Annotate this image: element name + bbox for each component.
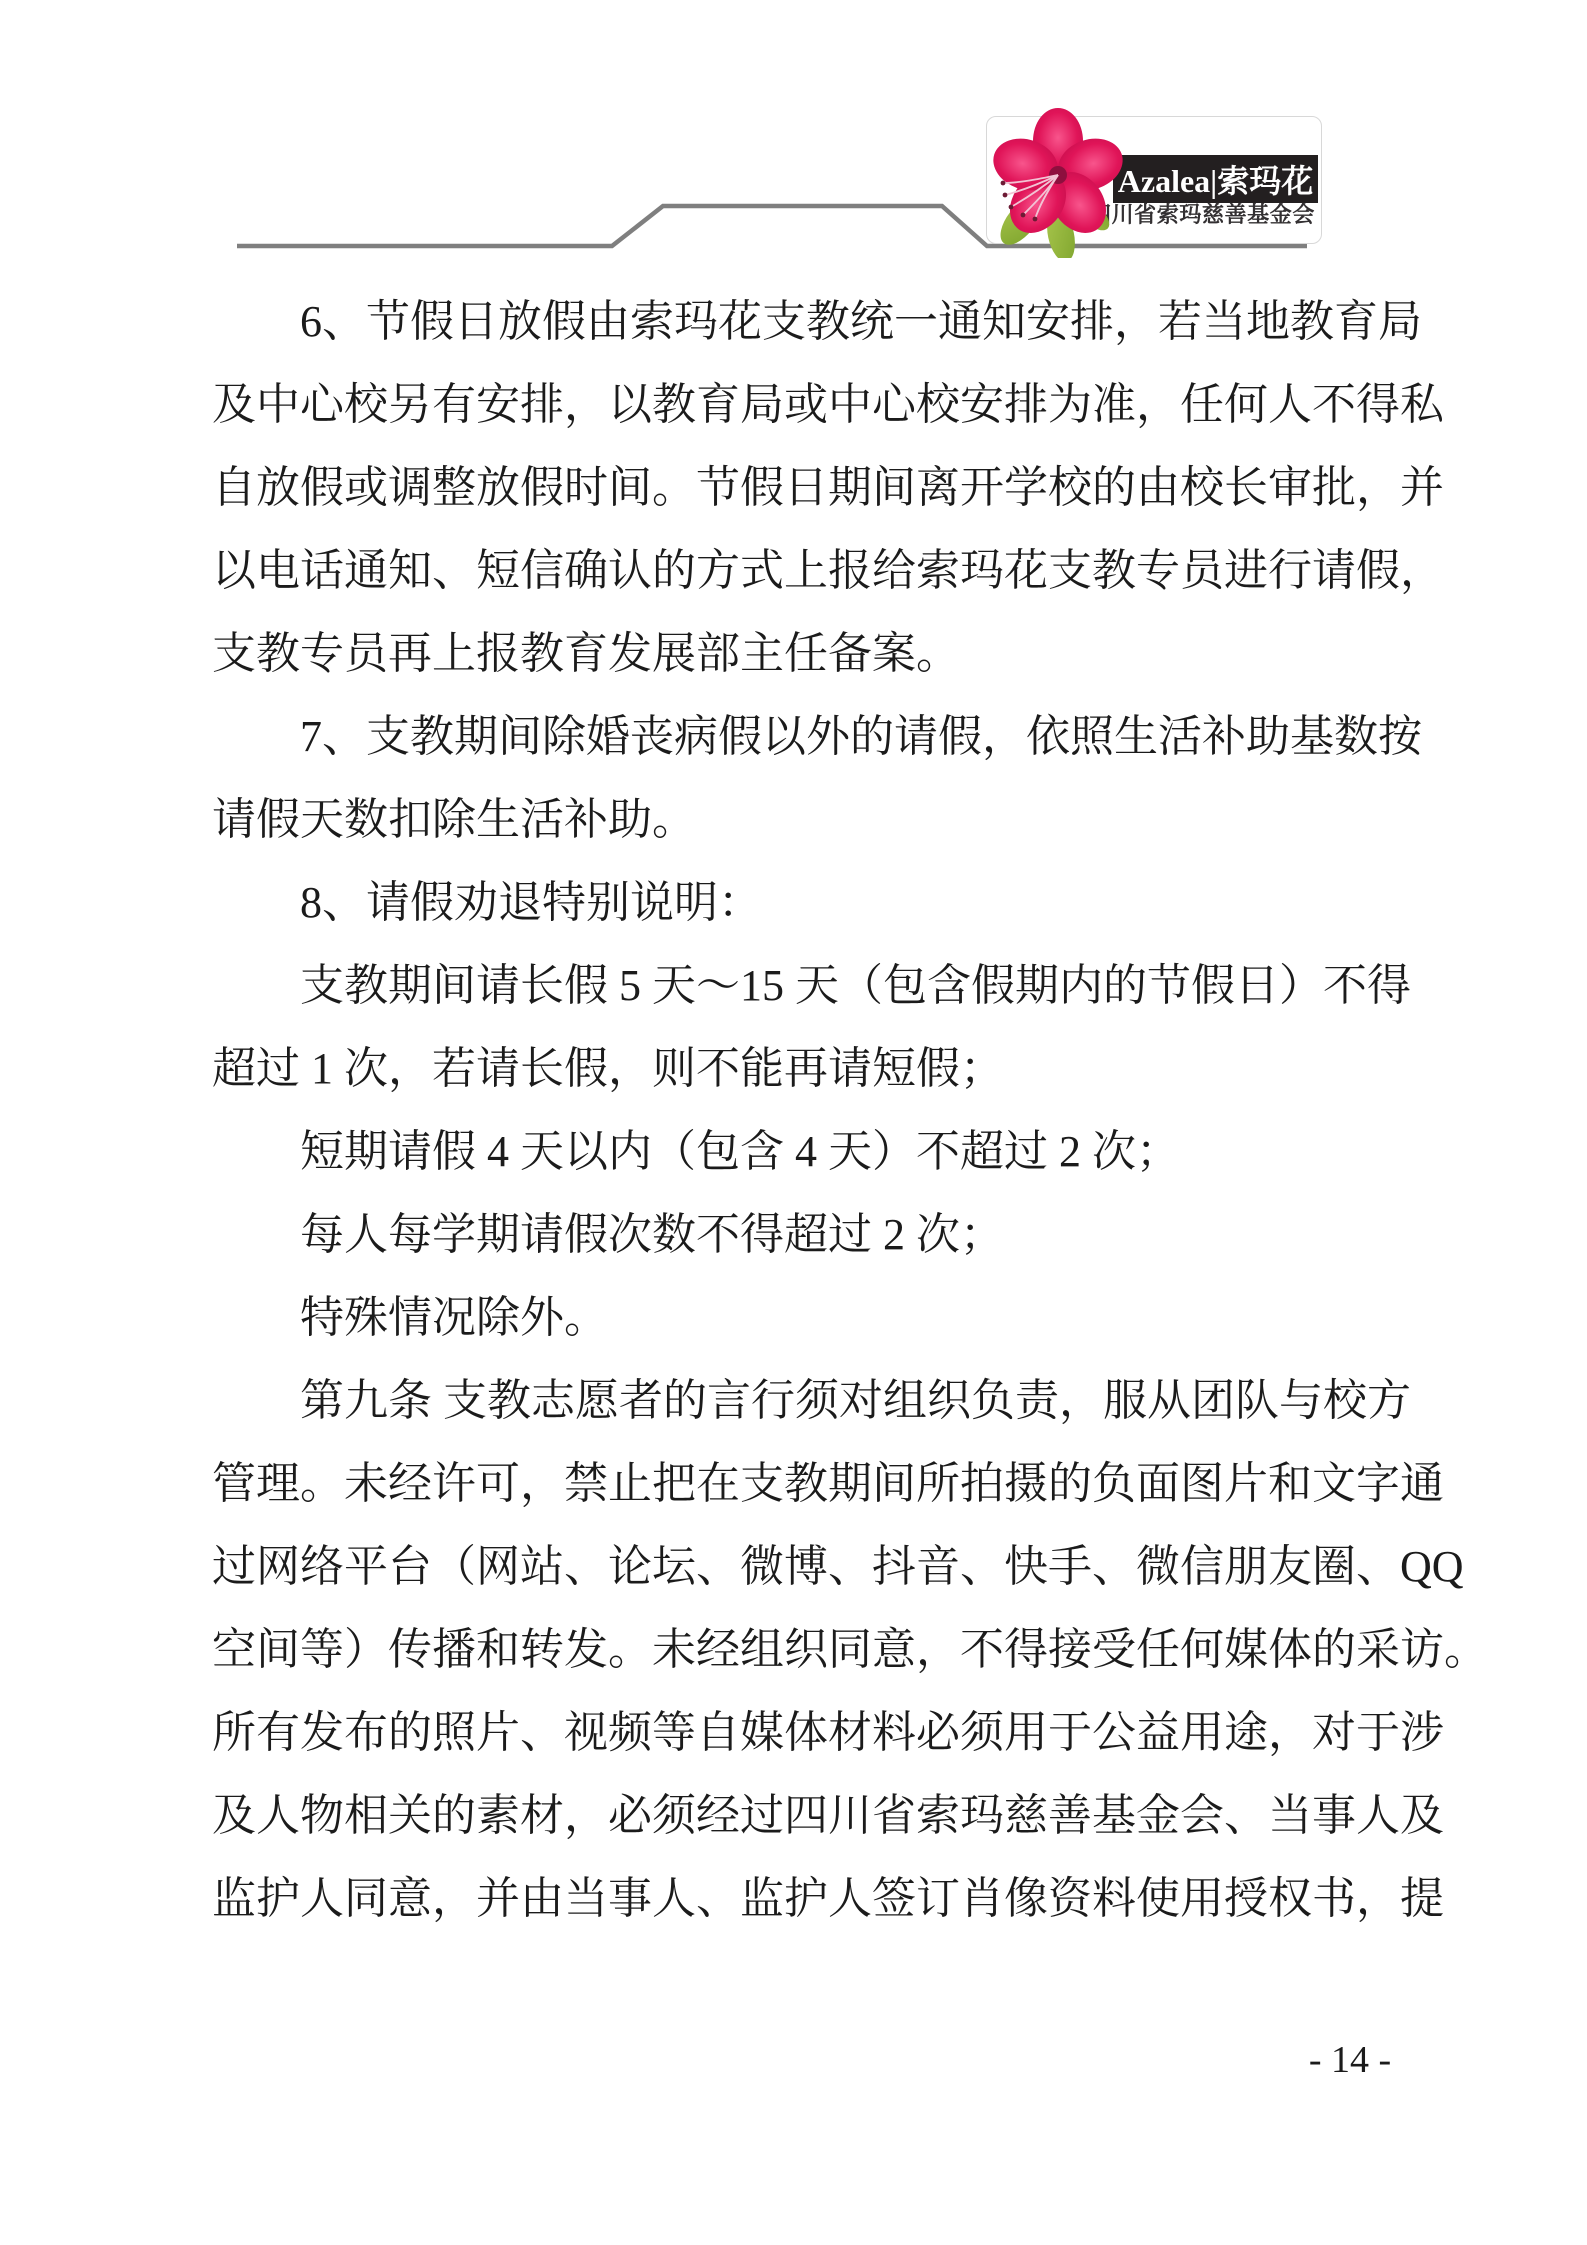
text-line: 请假天数扣除生活补助。	[212, 778, 1422, 861]
text-line: 支教期间请长假 5 天～15 天（包含假期内的节假日）不得	[212, 944, 1422, 1027]
text-line: 自放假或调整放假时间。节假日期间离开学校的由校长审批，并	[212, 446, 1422, 529]
text-line: 所有发布的照片、视频等自媒体材料必须用于公益用途，对于涉	[212, 1691, 1422, 1774]
text-line: 超过 1 次，若请长假，则不能再请短假；	[212, 1027, 1422, 1110]
text-line: 以电话通知、短信确认的方式上报给索玛花支教专员进行请假，	[212, 529, 1422, 612]
text-line: 过网络平台（网站、论坛、微博、抖音、快手、微信朋友圈、QQ	[212, 1525, 1422, 1608]
text-line: 特殊情况除外。	[212, 1276, 1422, 1359]
text-line: 第九条 支教志愿者的言行须对组织负责，服从团队与校方	[212, 1359, 1422, 1442]
header-rule	[0, 0, 1587, 300]
azalea-flower-icon	[983, 103, 1133, 258]
body-text: 6、节假日放假由索玛花支教统一通知安排，若当地教育局及中心校另有安排，以教育局或…	[212, 280, 1422, 1940]
text-line: 每人每学期请假次数不得超过 2 次；	[212, 1193, 1422, 1276]
text-line: 空间等）传播和转发。未经组织同意，不得接受任何媒体的采访。	[212, 1608, 1422, 1691]
text-line: 支教专员再上报教育发展部主任备案。	[212, 612, 1422, 695]
text-line: 8、请假劝退特别说明：	[212, 861, 1422, 944]
text-line: 监护人同意，并由当事人、监护人签订肖像资料使用授权书，提	[212, 1857, 1422, 1940]
text-line: 6、节假日放假由索玛花支教统一通知安排，若当地教育局	[212, 280, 1422, 363]
text-line: 及中心校另有安排，以教育局或中心校安排为准，任何人不得私	[212, 363, 1422, 446]
text-line: 及人物相关的素材，必须经过四川省索玛慈善基金会、当事人及	[212, 1774, 1422, 1857]
text-line: 7、支教期间除婚丧病假以外的请假，依照生活补助基数按	[212, 695, 1422, 778]
page-number: - 14 -	[1270, 2036, 1430, 2084]
text-line: 短期请假 4 天以内（包含 4 天）不超过 2 次；	[212, 1110, 1422, 1193]
document-page: Azalea|索玛花 四川省索玛慈善基金会	[0, 0, 1587, 2245]
brand-banner: Azalea|索玛花	[1113, 155, 1318, 203]
brand-wordmark: Azalea|索玛花	[1118, 156, 1313, 202]
text-line: 管理。未经许可，禁止把在支教期间所拍摄的负面图片和文字通	[212, 1442, 1422, 1525]
